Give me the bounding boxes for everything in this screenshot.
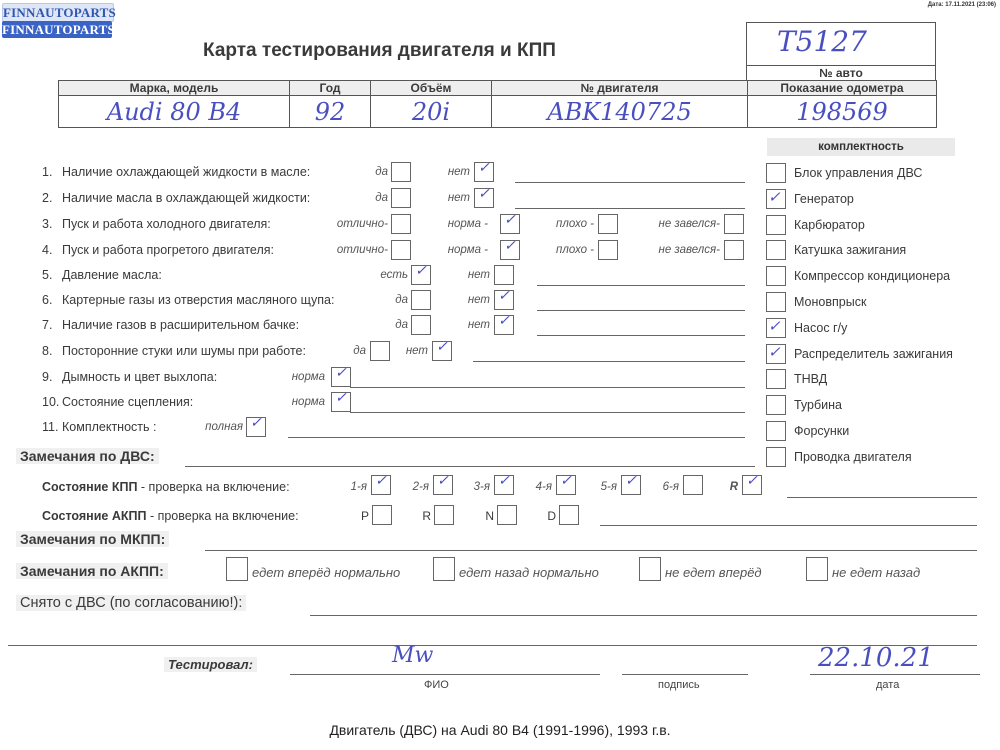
kpp-gear-checkbox[interactable]: ✓	[371, 475, 391, 495]
checklist-notes-line[interactable]	[350, 412, 745, 413]
remarks-dvs-line[interactable]	[185, 466, 755, 467]
option-checkbox[interactable]: ✓	[246, 417, 266, 437]
kpp-gear-label: 4-я	[536, 481, 552, 493]
akpp-remark-checkbox[interactable]	[433, 557, 455, 581]
option-label: да	[353, 345, 366, 357]
checklist-item-number: 2.	[42, 191, 52, 205]
kpp-gear-label: 2-я	[413, 481, 429, 493]
akpp-position-label: D	[547, 509, 556, 523]
option-checkbox[interactable]: ✓	[494, 315, 514, 335]
check-mark-icon: ✓	[498, 473, 510, 489]
komplektnost-item-label: Форсунки	[794, 424, 849, 438]
page-title: Карта тестирования двигателя и КПП	[203, 40, 556, 62]
option-checkbox[interactable]: ✓	[500, 214, 520, 234]
volume-value: 20i	[371, 96, 492, 128]
akpp-label: Состояние АКПП - проверка на включение:	[42, 509, 299, 523]
komplektnost-item-label: Генератор	[794, 192, 854, 206]
col-header-volume: Объём	[371, 81, 492, 96]
akpp-notes-line[interactable]	[600, 525, 977, 526]
komplektnost-checkbox[interactable]	[766, 447, 786, 467]
date-caption: дата	[876, 679, 899, 691]
komplektnost-item-label: ТНВД	[794, 372, 827, 386]
komplektnost-checkbox[interactable]	[766, 240, 786, 260]
option-label: нет	[406, 345, 428, 357]
option-checkbox[interactable]	[724, 214, 744, 234]
kpp-gear-label: 1-я	[351, 481, 367, 493]
checklist-item-number: 3.	[42, 217, 52, 231]
akpp-remark-label: едет назад нормально	[459, 565, 599, 580]
akpp-position-label: P	[361, 509, 369, 523]
image-caption: Двигатель (ДВС) на Audi 80 B4 (1991-1996…	[0, 722, 1000, 738]
tester-name-line[interactable]	[290, 674, 600, 675]
kpp-gear-label: R	[730, 481, 738, 493]
checklist-item-label: Наличие масла в охлаждающей жидкости:	[62, 191, 310, 205]
option-checkbox[interactable]	[391, 214, 411, 234]
checklist-item-number: 8.	[42, 344, 52, 358]
komplektnost-item-label: Катушка зажигания	[794, 243, 906, 257]
komplektnost-checkbox[interactable]: ✓	[766, 318, 786, 338]
option-label: норма -	[448, 218, 488, 230]
vehicle-info-table: Марка, модель Год Объём № двигателя Пока…	[58, 80, 937, 128]
akpp-position-checkbox[interactable]	[559, 505, 579, 525]
akpp-position-checkbox[interactable]	[372, 505, 392, 525]
check-mark-icon: ✓	[437, 473, 449, 489]
option-checkbox[interactable]: ✓	[432, 341, 452, 361]
tested-by-label: Тестировал:	[164, 657, 257, 672]
checklist-item-label: Пуск и работа прогретого двигателя:	[62, 243, 274, 257]
kpp-notes-line[interactable]	[787, 497, 977, 498]
kpp-gear-label: 3-я	[474, 481, 490, 493]
akpp-remark-checkbox[interactable]	[639, 557, 661, 581]
checklist-item-label: Давление масла:	[62, 268, 162, 282]
brand-logo-inverse[interactable]: FINNAUTOPARTS	[2, 21, 112, 38]
removed-label: Снято с ДВС (по согласованию!):	[16, 595, 246, 611]
checklist-item-number: 4.	[42, 243, 52, 257]
komplektnost-checkbox[interactable]: ✓	[766, 189, 786, 209]
komplektnost-checkbox[interactable]	[766, 215, 786, 235]
checklist-item-number: 1.	[42, 165, 52, 179]
signature-caption: подпись	[658, 679, 700, 691]
check-mark-icon: ✓	[478, 160, 490, 176]
removed-label-text: Снято с ДВС (по согласованию!):	[20, 595, 242, 611]
checklist-notes-line[interactable]	[473, 361, 745, 362]
checklist-item-number: 5.	[42, 268, 52, 282]
option-label: есть	[380, 269, 408, 281]
test-date-value: 22.10.21	[818, 643, 934, 673]
auto-number-label: № авто	[747, 65, 935, 81]
option-checkbox[interactable]	[370, 341, 390, 361]
check-mark-icon: ✓	[746, 473, 758, 489]
option-checkbox[interactable]	[598, 214, 618, 234]
komplektnost-checkbox[interactable]	[766, 395, 786, 415]
kpp-gear-checkbox[interactable]	[683, 475, 703, 495]
checklist-item-label: Комплектность :	[62, 420, 156, 434]
option-label: не завелся-	[658, 218, 720, 230]
option-checkbox[interactable]: ✓	[331, 392, 351, 412]
option-label: нет	[448, 192, 470, 204]
check-mark-icon: ✓	[478, 186, 490, 202]
komplektnost-checkbox[interactable]	[766, 421, 786, 441]
check-mark-icon: ✓	[415, 263, 427, 279]
option-checkbox[interactable]	[598, 240, 618, 260]
option-checkbox[interactable]	[391, 188, 411, 208]
remarks-mkpp-label: Замечания по МКПП:	[16, 531, 169, 547]
kpp-gear-checkbox[interactable]: ✓	[494, 475, 514, 495]
option-checkbox[interactable]	[391, 162, 411, 182]
komplektnost-checkbox[interactable]	[766, 266, 786, 286]
komplektnost-item-label: Турбина	[794, 398, 842, 412]
checklist-notes-line[interactable]	[537, 335, 745, 336]
checklist-notes-line[interactable]	[537, 310, 745, 311]
check-mark-icon: ✓	[768, 343, 781, 361]
check-mark-icon: ✓	[504, 212, 516, 228]
option-checkbox[interactable]: ✓	[474, 162, 494, 182]
odometer-value: 198569	[748, 96, 937, 128]
komplektnost-item-label: Насос г/у	[794, 321, 847, 335]
kpp-label-bold: Состояние КПП	[42, 480, 137, 494]
komplektnost-checkbox[interactable]	[766, 292, 786, 312]
removed-line[interactable]	[310, 615, 977, 616]
checklist-item-label: Пуск и работа холодного двигателя:	[62, 217, 271, 231]
option-checkbox[interactable]	[724, 240, 744, 260]
checklist-item-label: Картерные газы из отверстия масляного щу…	[62, 293, 334, 307]
remarks-mkpp-line[interactable]	[205, 550, 977, 551]
option-label: норма -	[448, 244, 488, 256]
akpp-label-bold: Состояние АКПП	[42, 509, 146, 523]
komplektnost-item-label: Моновпрыск	[794, 295, 866, 309]
option-label: плохо -	[556, 218, 594, 230]
akpp-position-checkbox[interactable]	[434, 505, 454, 525]
option-checkbox[interactable]	[494, 265, 514, 285]
kpp-label: Состояние КПП - проверка на включение:	[42, 480, 290, 494]
akpp-remark-checkbox[interactable]	[806, 557, 828, 581]
checklist-item-number: 10.	[42, 395, 59, 409]
option-label: нет	[448, 166, 470, 178]
kpp-gear-label: 5-я	[601, 481, 617, 493]
remarks-akpp-label: Замечания по АКПП:	[16, 563, 168, 579]
option-checkbox[interactable]: ✓	[411, 265, 431, 285]
komplektnost-checkbox[interactable]: ✓	[766, 344, 786, 364]
tester-name-value: Мw	[392, 643, 433, 668]
checklist-item-number: 9.	[42, 370, 52, 384]
kpp-gear-checkbox[interactable]: ✓	[742, 475, 762, 495]
option-label: нет	[468, 319, 490, 331]
option-checkbox[interactable]: ✓	[331, 367, 351, 387]
komplektnost-checkbox[interactable]	[766, 369, 786, 389]
auto-number-value: T5127	[777, 25, 867, 58]
check-mark-icon: ✓	[498, 288, 510, 304]
engine-no-value: ABK140725	[492, 96, 748, 128]
checklist-notes-line[interactable]	[350, 387, 745, 388]
option-label: отлично-	[337, 218, 388, 230]
year-value: 92	[290, 96, 371, 128]
option-checkbox[interactable]	[391, 240, 411, 260]
akpp-remark-label: едет вперёд нормально	[252, 565, 400, 580]
akpp-position-checkbox[interactable]	[497, 505, 517, 525]
option-label: плохо -	[556, 244, 594, 256]
akpp-remark-checkbox[interactable]	[226, 557, 248, 581]
checklist-item-label: Состояние сцепления:	[62, 395, 193, 409]
model-value: Audi 80 B4	[59, 96, 290, 128]
checklist-item-number: 6.	[42, 293, 52, 307]
akpp-label-rest: - проверка на включение:	[146, 509, 298, 523]
option-checkbox[interactable]: ✓	[494, 290, 514, 310]
komplektnost-item-label: Карбюратор	[794, 218, 865, 232]
brand-logo[interactable]: FINNAUTOPARTS	[2, 3, 114, 22]
check-mark-icon: ✓	[504, 238, 516, 254]
komplektnost-checkbox[interactable]	[766, 163, 786, 183]
checklist-notes-line[interactable]	[515, 182, 745, 183]
check-mark-icon: ✓	[335, 390, 347, 406]
checklist-notes-line[interactable]	[288, 437, 745, 438]
col-header-model: Марка, модель	[59, 81, 290, 96]
akpp-remark-label: не едет назад	[832, 565, 920, 580]
option-label: да	[395, 319, 408, 331]
option-label: норма	[292, 396, 325, 408]
check-mark-icon: ✓	[250, 415, 262, 431]
kpp-label-rest: - проверка на включение:	[137, 480, 289, 494]
auto-number-box: T5127 № авто	[746, 22, 936, 82]
check-mark-icon: ✓	[335, 365, 347, 381]
col-header-year: Год	[290, 81, 371, 96]
option-label: да	[375, 192, 388, 204]
kpp-gear-checkbox[interactable]: ✓	[556, 475, 576, 495]
check-mark-icon: ✓	[375, 473, 387, 489]
col-header-odometer: Показание одометра	[748, 81, 937, 96]
check-mark-icon: ✓	[436, 339, 448, 355]
option-checkbox[interactable]: ✓	[474, 188, 494, 208]
komplektnost-item-label: Распределитель зажигания	[794, 347, 953, 361]
remarks-dvs-label: Замечания по ДВС:	[16, 448, 159, 464]
komplektnost-item-label: Компрессор кондиционера	[794, 269, 950, 283]
option-label: да	[395, 294, 408, 306]
name-caption: ФИО	[424, 679, 449, 691]
komplektnost-item-label: Блок управления ДВС	[794, 166, 922, 180]
checklist-item-label: Посторонние стуки или шумы при работе:	[62, 344, 306, 358]
akpp-position-label: R	[422, 509, 431, 523]
checklist-notes-line[interactable]	[537, 285, 745, 286]
signature-line[interactable]	[622, 674, 748, 675]
komplektnost-item-label: Проводка двигателя	[794, 450, 912, 464]
check-mark-icon: ✓	[768, 317, 781, 335]
kpp-gear-label: 6-я	[663, 481, 679, 493]
checklist-item-label: Наличие охлаждающей жидкости в масле:	[62, 165, 310, 179]
option-label: не завелся-	[658, 244, 720, 256]
checklist-item-label: Наличие газов в расширительном бачке:	[62, 318, 299, 332]
komplektnost-header: комплектность	[767, 138, 955, 156]
akpp-position-label: N	[485, 509, 494, 523]
check-mark-icon: ✓	[768, 188, 781, 206]
option-checkbox[interactable]: ✓	[500, 240, 520, 260]
check-mark-icon: ✓	[498, 313, 510, 329]
option-checkbox[interactable]	[411, 290, 431, 310]
option-label: норма	[292, 371, 325, 383]
option-label: полная	[205, 421, 243, 433]
option-label: нет	[468, 294, 490, 306]
check-mark-icon: ✓	[560, 473, 572, 489]
option-checkbox[interactable]	[411, 315, 431, 335]
kpp-gear-checkbox[interactable]: ✓	[433, 475, 453, 495]
check-mark-icon: ✓	[625, 473, 637, 489]
option-label: отлично-	[337, 244, 388, 256]
col-header-engine-no: № двигателя	[492, 81, 748, 96]
checklist-item-number: 7.	[42, 318, 52, 332]
checklist-notes-line[interactable]	[515, 208, 745, 209]
checklist-item-label: Дымность и цвет выхлопа:	[62, 370, 217, 384]
checklist-item-number: 11.	[42, 420, 58, 434]
kpp-gear-checkbox[interactable]: ✓	[621, 475, 641, 495]
option-label: нет	[468, 269, 490, 281]
akpp-remark-label: не едет вперёд	[665, 565, 762, 580]
test-date-line[interactable]	[810, 674, 980, 675]
date-stamp: Дата: 17.11.2021 (23:06)	[928, 2, 996, 8]
option-label: да	[375, 166, 388, 178]
